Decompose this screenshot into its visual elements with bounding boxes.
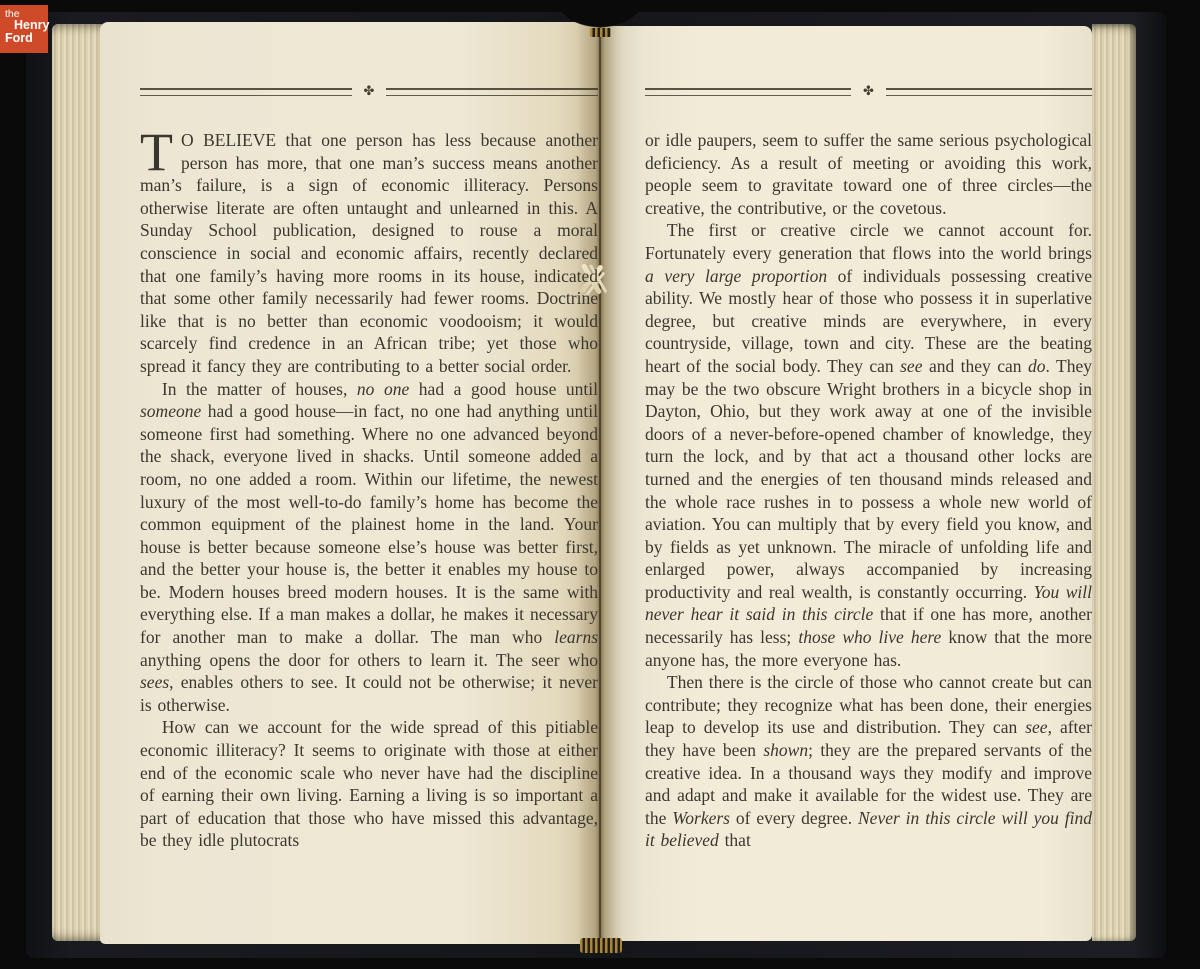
- rule-segment: [645, 88, 851, 96]
- body-text: The first or creative circle we cannot a…: [645, 220, 1092, 263]
- italic-text: see: [900, 356, 922, 376]
- logo-word-ford: Ford: [5, 31, 33, 45]
- fleuron-icon: ✤: [364, 85, 375, 98]
- italic-text: sees: [140, 672, 169, 692]
- right-page-text: or idle paupers, seem to suffer the same…: [645, 129, 1092, 852]
- paragraph: In the matter of houses, no one had a go…: [140, 378, 598, 717]
- drop-cap: T: [140, 129, 181, 174]
- body-text: that: [719, 830, 751, 850]
- body-text: of every degree.: [730, 808, 858, 828]
- paragraph: How can we account for the wide spread o…: [140, 716, 598, 852]
- spine-notch: [528, 0, 672, 58]
- italic-text: do: [1028, 356, 1046, 376]
- italic-text: learns: [554, 627, 598, 647]
- henry-ford-logo: the Henry Ford: [0, 5, 48, 53]
- body-text: or idle paupers, seem to suffer the same…: [645, 130, 1092, 218]
- body-text: . They may be the two obscure Wright bro…: [645, 356, 1092, 602]
- italic-text: no one: [357, 379, 409, 399]
- body-text: O BELIEVE that one person has less becau…: [140, 130, 598, 376]
- italic-text: shown: [763, 740, 808, 760]
- body-text: In the matter of houses,: [162, 379, 357, 399]
- italic-text: Workers: [672, 808, 730, 828]
- fleuron-icon: ✤: [863, 85, 874, 98]
- left-page-text: TO BELIEVE that one person has less beca…: [140, 129, 598, 852]
- body-text: had a good house until: [409, 379, 598, 399]
- body-text: anything opens the door for others to le…: [140, 650, 598, 670]
- italic-text: those who live here: [798, 627, 941, 647]
- paragraph: The first or creative circle we cannot a…: [645, 219, 1092, 671]
- paragraph: TO BELIEVE that one person has less beca…: [140, 129, 598, 378]
- headband-bottom: [580, 938, 622, 953]
- body-text: had a good house—in fact, no one had any…: [140, 401, 598, 647]
- right-page-text-column: ✤ or idle paupers, seem to suffer the sa…: [645, 80, 1092, 852]
- logo-word-henry: Henry: [14, 18, 49, 32]
- rule-segment: [886, 88, 1092, 96]
- header-rule-right: ✤: [645, 85, 1092, 98]
- header-rule-left: ✤: [140, 85, 598, 98]
- book-photograph: ✤ TO BELIEVE that one person has less be…: [0, 0, 1200, 969]
- italic-text: someone: [140, 401, 201, 421]
- rule-segment: [386, 88, 598, 96]
- italic-text: a very large proportion: [645, 266, 827, 286]
- body-text: and they can: [922, 356, 1028, 376]
- paragraph: or idle paupers, seem to suffer the same…: [645, 129, 1092, 219]
- italic-text: see: [1025, 717, 1047, 737]
- paragraph: Then there is the circle of those who ca…: [645, 671, 1092, 852]
- page-edge-stack-right: [1092, 24, 1136, 941]
- body-text: How can we account for the wide spread o…: [140, 717, 598, 850]
- page-edge-stack-left: [52, 24, 102, 941]
- rule-segment: [140, 88, 352, 96]
- body-text: , enables others to see. It could not be…: [140, 672, 598, 715]
- left-page-text-column: ✤ TO BELIEVE that one person has less be…: [140, 80, 598, 852]
